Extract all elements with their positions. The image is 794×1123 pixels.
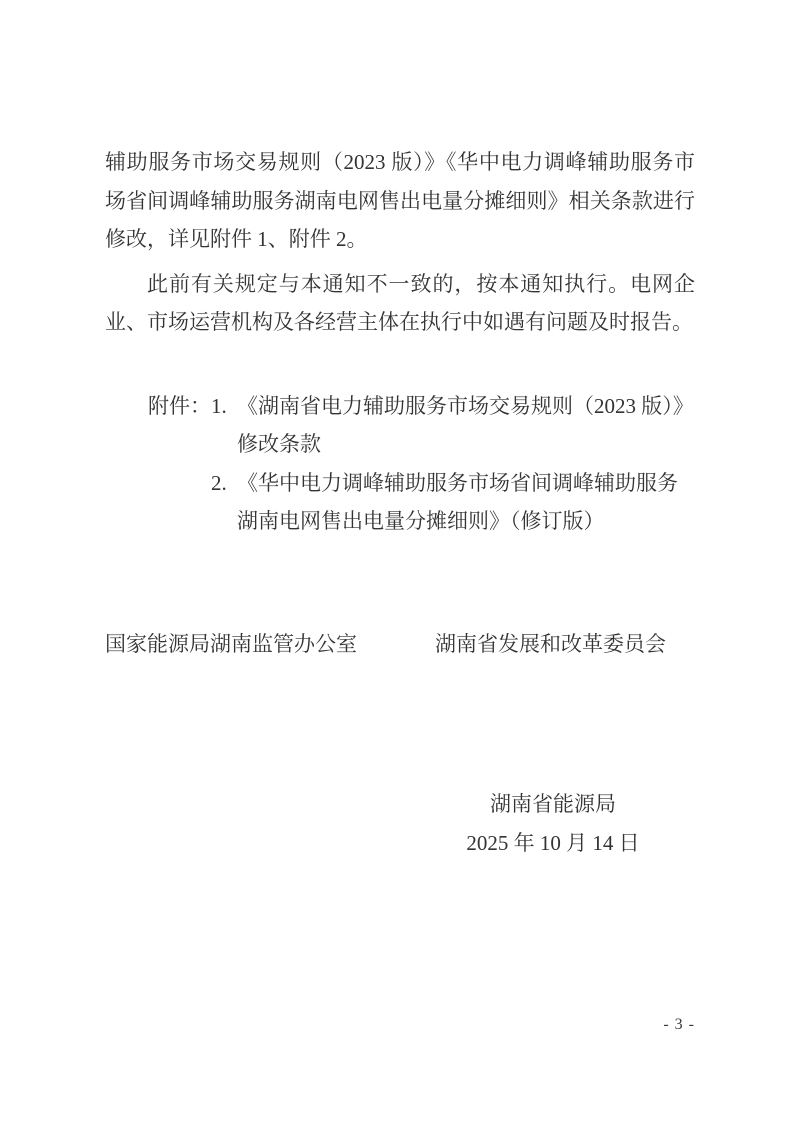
page-number: - 3 - [105,1014,695,1036]
attachment-title-line: 修改条款 [237,425,695,464]
body-paragraph: 此前有关规定与本通知不一致的，按本通知执行。电网企业、市场运营机构及各经营主体在… [105,265,695,342]
issuer-hunan-development-reform-commission: 湖南省发展和改革委员会 [435,625,666,664]
attachment-list: 附件： 1. 《湖南省电力辅助服务市场交易规则（2023 版）》 修改条款 2.… [105,387,695,541]
attachment-title-line: 《华中电力调峰辅助服务市场省间调峰辅助服务 [237,464,695,503]
signature-block: 湖南省能源局 2025 年 10 月 14 日 [403,785,703,862]
attachment-item-title: 《华中电力调峰辅助服务市场省间调峰辅助服务 湖南电网售出电量分摊细则》（修订版） [237,464,695,541]
attachment-title-line: 《湖南省电力辅助服务市场交易规则（2023 版）》 [237,387,695,426]
attachment-item: 1. 《湖南省电力辅助服务市场交易规则（2023 版）》 修改条款 [211,387,695,464]
issuing-orgs-row: 国家能源局湖南监管办公室 湖南省发展和改革委员会 [105,625,695,664]
issuer-hunan-energy-regulatory-office: 国家能源局湖南监管办公室 [105,625,357,664]
issuer-hunan-energy-bureau: 湖南省能源局 [403,785,703,824]
attachment-title-line: 湖南电网售出电量分摊细则》（修订版） [237,502,695,541]
document-content: 辅助服务市场交易规则（2023 版）》《华中电力调峰辅助服务市场省间调峰辅助服务… [105,0,695,1036]
attachment-item-number: 2. [211,464,237,503]
attachment-label: 附件： [148,387,211,426]
attachment-items: 1. 《湖南省电力辅助服务市场交易规则（2023 版）》 修改条款 2. 《华中… [211,387,695,541]
body-paragraph-continuation: 辅助服务市场交易规则（2023 版）》《华中电力调峰辅助服务市场省间调峰辅助服务… [105,143,695,259]
document-page: 辅助服务市场交易规则（2023 版）》《华中电力调峰辅助服务市场省间调峰辅助服务… [0,0,794,1123]
issue-date: 2025 年 10 月 14 日 [403,824,703,863]
attachment-item-number: 1. [211,387,237,426]
attachment-item-title: 《湖南省电力辅助服务市场交易规则（2023 版）》 修改条款 [237,387,695,464]
attachment-item: 2. 《华中电力调峰辅助服务市场省间调峰辅助服务 湖南电网售出电量分摊细则》（修… [211,464,695,541]
